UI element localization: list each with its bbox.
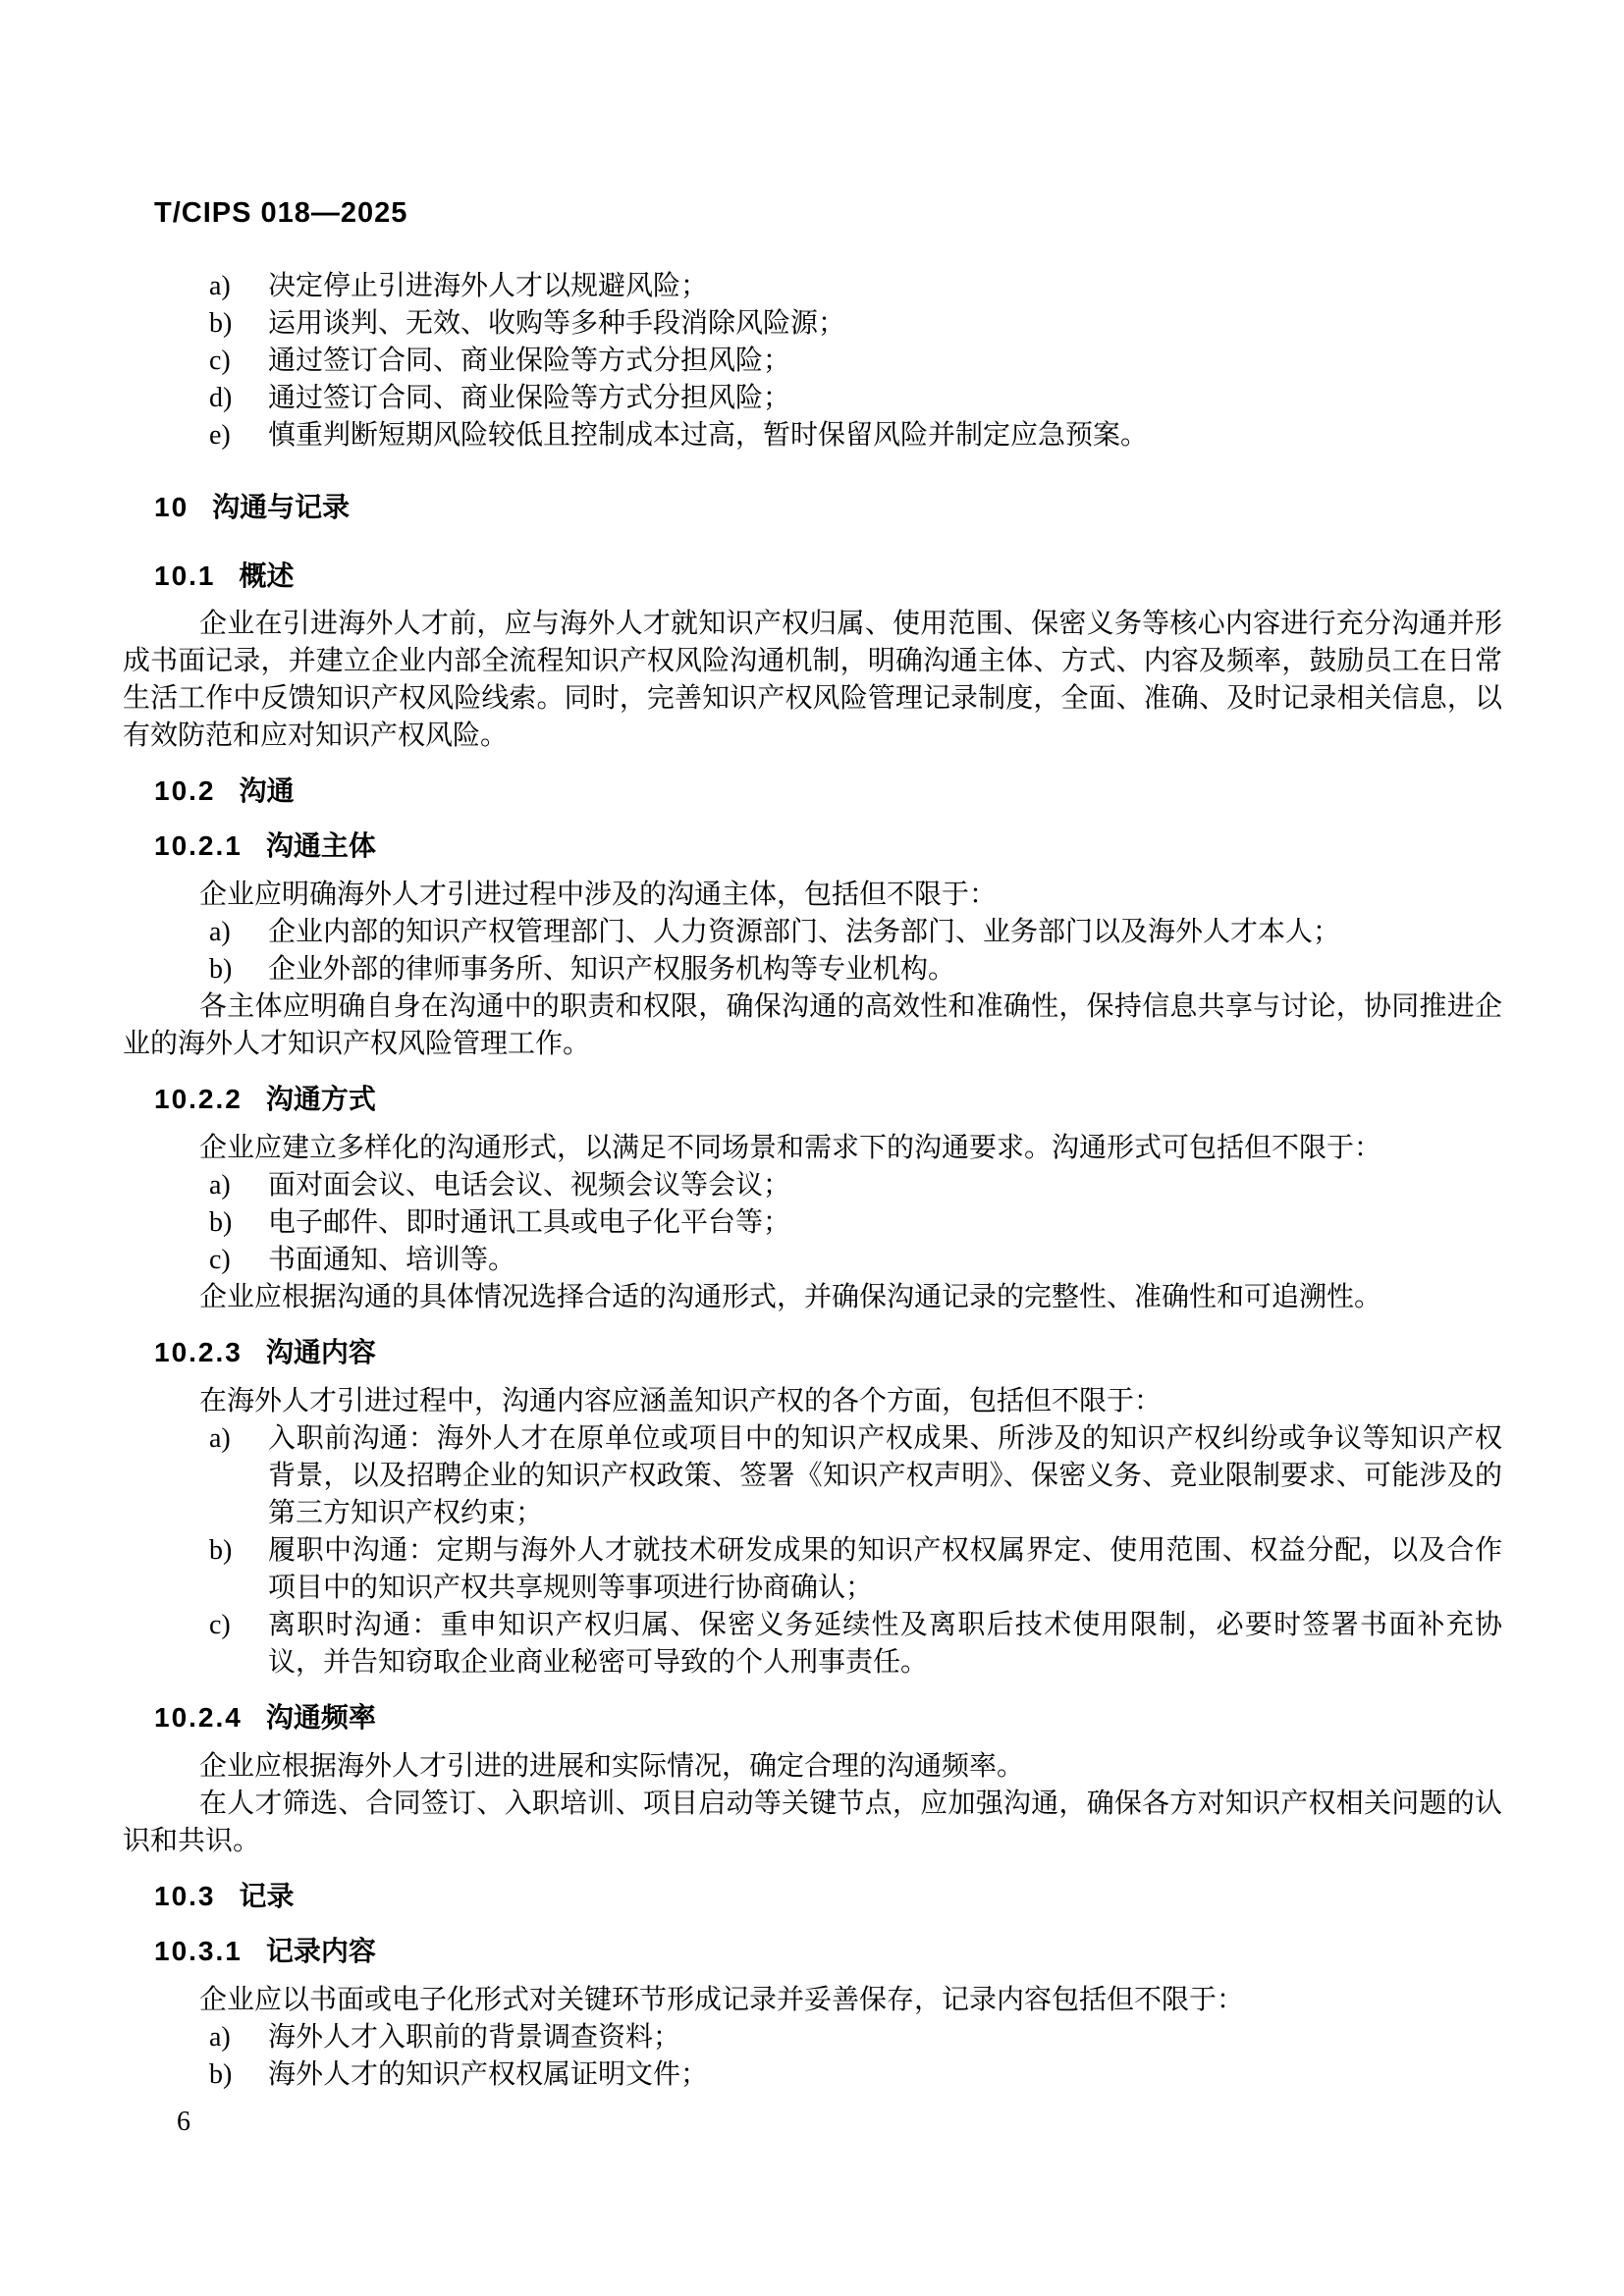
section-heading-10-2-3: 10.2.3沟通内容: [154, 1334, 1502, 1371]
section-heading-10-2: 10.2沟通: [154, 773, 1502, 810]
heading-number: 10: [154, 492, 189, 522]
page-number: 6: [177, 2104, 190, 2141]
list-item: c)通过签订合同、商业保险等方式分担风险；: [123, 343, 1502, 380]
section-heading-10-3-1: 10.3.1记录内容: [154, 1933, 1502, 1970]
list-item: b)海外人才的知识产权权属证明文件；: [123, 2056, 1502, 2094]
section-heading-10-2-4: 10.2.4沟通频率: [154, 1699, 1502, 1736]
list-item: a)面对面会议、电话会议、视频会议等会议；: [123, 1167, 1502, 1204]
heading-title: 记录内容: [266, 1936, 376, 1966]
list-item-label: b): [209, 1204, 268, 1242]
list-item-label: c): [209, 343, 268, 380]
list-item-label: a): [209, 1420, 268, 1532]
list-item-text: 履职中沟通：定期与海外人才就技术研发成果的知识产权权属界定、使用范围、权益分配，…: [268, 1532, 1502, 1607]
list-item-text: 企业外部的律师事务所、知识产权服务机构等专业机构。: [268, 951, 1502, 988]
list-item: b)运用谈判、无效、收购等多种手段消除风险源；: [123, 305, 1502, 343]
list-item: a)海外人才入职前的背景调查资料；: [123, 2019, 1502, 2056]
communication-forms-list: a)面对面会议、电话会议、视频会议等会议； b)电子邮件、即时通讯工具或电子化平…: [123, 1167, 1502, 1279]
list-item-text: 入职前沟通：海外人才在原单位或项目中的知识产权成果、所涉及的知识产权纠纷或争议等…: [268, 1420, 1502, 1532]
section-heading-10-2-1: 10.2.1沟通主体: [154, 828, 1502, 865]
list-item-label: c): [209, 1242, 268, 1279]
heading-title: 沟通与记录: [212, 492, 350, 522]
risk-treatment-list: a)决定停止引进海外人才以规避风险； b)运用谈判、无效、收购等多种手段消除风险…: [123, 268, 1502, 454]
list-item-label: e): [209, 417, 268, 454]
document-page: T/CIPS 018—2025 a)决定停止引进海外人才以规避风险； b)运用谈…: [0, 0, 1624, 2296]
paragraph: 企业在引进海外人才前，应与海外人才就知识产权归属、使用范围、保密义务等核心内容进…: [123, 606, 1502, 755]
paragraph: 企业应根据海外人才引进的进展和实际情况，确定合理的沟通频率。: [123, 1748, 1502, 1786]
heading-title: 沟通频率: [266, 1702, 376, 1733]
communication-subjects-list: a)企业内部的知识产权管理部门、人力资源部门、法务部门、业务部门以及海外人才本人…: [123, 914, 1502, 988]
list-item: c)书面通知、培训等。: [123, 1242, 1502, 1279]
list-item-label: b): [209, 2056, 268, 2094]
heading-number: 10.3.1: [154, 1936, 243, 1966]
paragraph: 在人才筛选、合同签订、入职培训、项目启动等关键节点，应加强沟通，确保各方对知识产…: [123, 1786, 1502, 1860]
list-item-text: 慎重判断短期风险较低且控制成本过高，暂时保留风险并制定应急预案。: [268, 417, 1502, 454]
list-item-label: a): [209, 914, 268, 951]
heading-number: 10.2: [154, 775, 216, 806]
heading-number: 10.1: [154, 561, 216, 591]
list-item-text: 企业内部的知识产权管理部门、人力资源部门、法务部门、业务部门以及海外人才本人；: [268, 914, 1502, 951]
list-item-label: a): [209, 2019, 268, 2056]
section-heading-10: 10沟通与记录: [154, 489, 1502, 526]
paragraph: 在海外人才引进过程中，沟通内容应涵盖知识产权的各个方面，包括但不限于：: [123, 1383, 1502, 1420]
paragraph: 企业应以书面或电子化形式对关键环节形成记录并妥善保存，记录内容包括但不限于：: [123, 1982, 1502, 2019]
list-item-label: d): [209, 380, 268, 417]
heading-number: 10.2.1: [154, 830, 243, 861]
standard-number: T/CIPS 018—2025: [154, 194, 1502, 232]
list-item: d)通过签订合同、商业保险等方式分担风险；: [123, 380, 1502, 417]
list-item-label: a): [209, 268, 268, 305]
paragraph: 企业应明确海外人才引进过程中涉及的沟通主体，包括但不限于：: [123, 877, 1502, 914]
record-content-list: a)海外人才入职前的背景调查资料； b)海外人才的知识产权权属证明文件；: [123, 2019, 1502, 2094]
section-heading-10-2-2: 10.2.2沟通方式: [154, 1081, 1502, 1118]
list-item: b)电子邮件、即时通讯工具或电子化平台等；: [123, 1204, 1502, 1242]
list-item: a)企业内部的知识产权管理部门、人力资源部门、法务部门、业务部门以及海外人才本人…: [123, 914, 1502, 951]
list-item-text: 离职时沟通：重申知识产权归属、保密义务延续性及离职后技术使用限制，必要时签署书面…: [268, 1607, 1502, 1682]
heading-number: 10.3: [154, 1881, 216, 1911]
list-item-text: 通过签订合同、商业保险等方式分担风险；: [268, 380, 1502, 417]
list-item-text: 面对面会议、电话会议、视频会议等会议；: [268, 1167, 1502, 1204]
heading-title: 沟通内容: [266, 1337, 376, 1367]
list-item-label: b): [209, 305, 268, 343]
list-item: b)履职中沟通：定期与海外人才就技术研发成果的知识产权权属界定、使用范围、权益分…: [123, 1532, 1502, 1607]
list-item-label: a): [209, 1167, 268, 1204]
list-item-text: 通过签订合同、商业保险等方式分担风险；: [268, 343, 1502, 380]
list-item: e)慎重判断短期风险较低且控制成本过高，暂时保留风险并制定应急预案。: [123, 417, 1502, 454]
heading-number: 10.2.2: [154, 1084, 243, 1114]
heading-title: 沟通: [240, 775, 295, 806]
list-item-text: 海外人才入职前的背景调查资料；: [268, 2019, 1502, 2056]
list-item: c)离职时沟通：重申知识产权归属、保密义务延续性及离职后技术使用限制，必要时签署…: [123, 1607, 1502, 1682]
paragraph: 企业应建立多样化的沟通形式，以满足不同场景和需求下的沟通要求。沟通形式可包括但不…: [123, 1130, 1502, 1167]
page-content: T/CIPS 018—2025 a)决定停止引进海外人才以规避风险； b)运用谈…: [123, 0, 1502, 2094]
heading-title: 记录: [240, 1881, 295, 1911]
list-item-text: 运用谈判、无效、收购等多种手段消除风险源；: [268, 305, 1502, 343]
list-item-text: 书面通知、培训等。: [268, 1242, 1502, 1279]
paragraph: 企业应根据沟通的具体情况选择合适的沟通形式，并确保沟通记录的完整性、准确性和可追…: [123, 1279, 1502, 1316]
heading-title: 概述: [240, 561, 295, 591]
list-item: a)入职前沟通：海外人才在原单位或项目中的知识产权成果、所涉及的知识产权纠纷或争…: [123, 1420, 1502, 1532]
list-item: b)企业外部的律师事务所、知识产权服务机构等专业机构。: [123, 951, 1502, 988]
list-item-text: 决定停止引进海外人才以规避风险；: [268, 268, 1502, 305]
paragraph: 各主体应明确自身在沟通中的职责和权限，确保沟通的高效性和准确性，保持信息共享与讨…: [123, 988, 1502, 1063]
list-item-label: b): [209, 951, 268, 988]
list-item-text: 海外人才的知识产权权属证明文件；: [268, 2056, 1502, 2094]
section-heading-10-3: 10.3记录: [154, 1878, 1502, 1915]
heading-title: 沟通主体: [266, 830, 376, 861]
heading-number: 10.2.3: [154, 1337, 243, 1367]
heading-title: 沟通方式: [266, 1084, 376, 1114]
list-item-label: c): [209, 1607, 268, 1682]
section-heading-10-1: 10.1概述: [154, 558, 1502, 595]
heading-number: 10.2.4: [154, 1702, 243, 1733]
list-item-text: 电子邮件、即时通讯工具或电子化平台等；: [268, 1204, 1502, 1242]
list-item-label: b): [209, 1532, 268, 1607]
communication-content-list: a)入职前沟通：海外人才在原单位或项目中的知识产权成果、所涉及的知识产权纠纷或争…: [123, 1420, 1502, 1682]
list-item: a)决定停止引进海外人才以规避风险；: [123, 268, 1502, 305]
